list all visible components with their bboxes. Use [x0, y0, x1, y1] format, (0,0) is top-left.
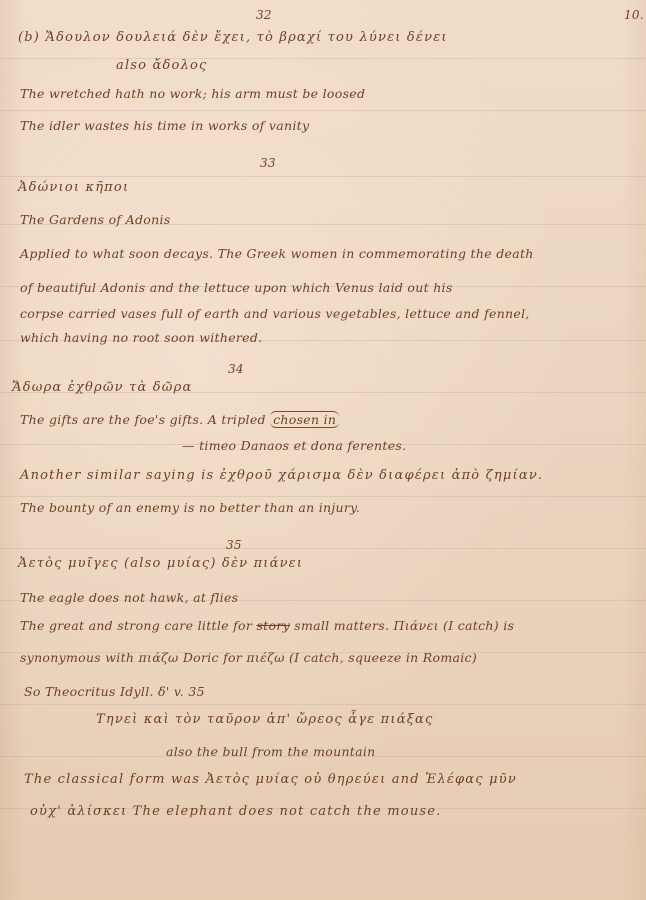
- entry-33-note-line-1: Applied to what soon decays. The Greek w…: [20, 246, 534, 261]
- entry-number-33: 33: [260, 156, 276, 170]
- entry-35-classical-form-end: οὐχ' ἁλίσκει The elephant does not catch…: [30, 804, 442, 819]
- entry-number-32: 32: [256, 8, 272, 22]
- entry-32-note: The idler wastes his time in works of va…: [20, 118, 309, 133]
- entry-35-translation: The eagle does not hawk, at flies: [20, 590, 238, 605]
- ruled-line: [0, 58, 646, 59]
- entry-35-struck-word: story: [256, 618, 290, 633]
- entry-35-citation: So Theocritus Idyll. δ' v. 35: [24, 684, 205, 699]
- entry-33-translation: The Gardens of Adonis: [20, 212, 170, 227]
- entry-34-boxed-word: chosen in: [270, 411, 339, 428]
- entry-34-similar-translation: The bounty of an enemy is no better than…: [20, 500, 360, 515]
- entry-33-greek-proverb: Ἀδώνιοι κῆποι: [18, 180, 129, 195]
- entry-32-greek-proverb: (b) Ἄδουλον δουλειά δὲν ἔχει, τὸ βραχί τ…: [18, 30, 448, 45]
- entry-32-translation: The wretched hath no work; his arm must …: [20, 86, 365, 101]
- entry-34-translation-text: The gifts are the foe's gifts. A tripled: [20, 412, 266, 427]
- entry-34-translation: The gifts are the foe's gifts. A tripled…: [20, 412, 339, 427]
- entry-35-note-text: The great and strong care little for: [20, 618, 252, 633]
- entry-34-greek-proverb: Ἄδωρα ἐχθρῶν τὰ δῶρα: [12, 380, 192, 395]
- entry-33-note-line-3: corpse carried vases full of earth and v…: [20, 306, 530, 321]
- entry-35-classical-form: The classical form was Ἀετὸς μυίας οὐ θη…: [24, 772, 517, 787]
- ruled-line: [0, 176, 646, 177]
- entry-35-note-continued: small matters. Πιάνει (I catch) is: [294, 618, 514, 633]
- entry-35-quote-translation: also the bull from the mountain: [166, 744, 376, 759]
- ruled-line: [0, 496, 646, 497]
- entry-35-note-line-1: The great and strong care little for sto…: [20, 618, 514, 633]
- entry-34-similar-saying: Another similar saying is ἐχθροῦ χάρισμα…: [20, 468, 543, 483]
- page-number: 10.: [624, 8, 644, 22]
- entry-35-greek-proverb: Ἀετὸς μυῖγες (also μυίας) δὲν πιάνει: [18, 556, 303, 571]
- manuscript-page: 10. 32 (b) Ἄδουλον δουλειά δὲν ἔχει, τὸ …: [0, 0, 646, 900]
- entry-number-35: 35: [226, 538, 242, 552]
- ruled-line: [0, 110, 646, 111]
- entry-35-theocritus-quote: Τηνεὶ καὶ τὸν ταῦρον ἀπ' ὤρεος ἆγε πιάξα…: [96, 712, 434, 727]
- entry-33-note-line-4: which having no root soon withered.: [20, 330, 262, 345]
- ruled-line: [0, 704, 646, 705]
- entry-32-variant: also ἄδολος: [116, 58, 208, 73]
- entry-35-note-line-2: synonymous with πιάζω Doric for πιέζω (I…: [20, 650, 477, 665]
- entry-number-34: 34: [228, 362, 244, 376]
- entry-33-note-line-2: of beautiful Adonis and the lettuce upon…: [20, 280, 453, 295]
- ruled-line: [0, 548, 646, 549]
- entry-34-latin-quote: — timeo Danaos et dona ferentes.: [182, 438, 406, 453]
